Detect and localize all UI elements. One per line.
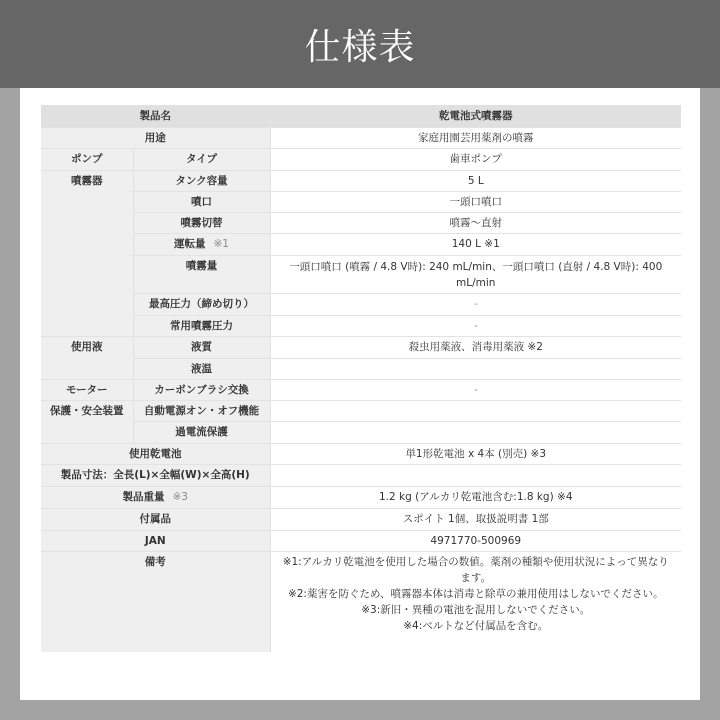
auto-power-label: 自動電源オン・オフ機能 xyxy=(133,400,270,421)
run-value: 140 L ※1 xyxy=(270,233,681,255)
notes-label: 備考 xyxy=(41,551,270,652)
accessories-value: スポイト 1個、取扱説明書 1部 xyxy=(270,508,681,530)
page-title: 仕様表 xyxy=(304,19,415,70)
motor-group-label: モーター xyxy=(41,379,133,400)
liquid-group-label: 使用液 xyxy=(41,336,133,379)
battery-value: 単1形乾電池 x 4本 (別売) ※3 xyxy=(270,443,681,464)
table-row: 保護・安全装置 自動電源オン・オフ機能 xyxy=(41,400,681,421)
note-4: ※4:ベルトなど付属品を含む。 xyxy=(281,618,672,634)
table-row: 製品寸法：全長(L)×全幅(W)×全高(H) xyxy=(41,464,681,486)
safety-group-label: 保護・安全装置 xyxy=(41,400,133,443)
run-label: 運転量※1 xyxy=(133,233,270,255)
liquid-temp-label: 液温 xyxy=(133,358,270,379)
run-mark: ※1 xyxy=(214,238,229,250)
jan-value: 4971770-500969 xyxy=(270,530,681,551)
note-1: ※1:アルカリ乾電池を使用した場合の数値。薬剤の種類や使用状況によって異なります… xyxy=(281,554,672,586)
weight-label: 製品重量※3 xyxy=(41,486,270,508)
table-row: 付属品 スポイト 1個、取扱説明書 1部 xyxy=(41,508,681,530)
tank-label: タンク容量 xyxy=(133,170,270,191)
table-row: ポンプ タイプ 歯車ポンプ xyxy=(41,148,681,170)
product-name-value: 乾電池式噴霧器 xyxy=(270,105,681,127)
usage-label: 用途 xyxy=(41,127,270,148)
overcurrent-label: 過電流保護 xyxy=(133,421,270,443)
nozzle-label: 噴口 xyxy=(133,191,270,212)
table-row: 常用噴霧圧力 - xyxy=(41,315,681,336)
usage-value: 家庭用園芸用薬剤の噴霧 xyxy=(270,127,681,148)
table-row: 用途 家庭用園芸用薬剤の噴霧 xyxy=(41,127,681,148)
tank-value: 5 L xyxy=(270,170,681,191)
max-pressure-value: - xyxy=(270,293,681,315)
jan-label: JAN xyxy=(41,530,270,551)
battery-label: 使用乾電池 xyxy=(41,443,270,464)
table-row: 運転量※1 140 L ※1 xyxy=(41,233,681,255)
sprayer-group-label: 噴霧器 xyxy=(41,170,133,336)
normal-pressure-value: - xyxy=(270,315,681,336)
spec-panel: 製品名 乾電池式噴霧器 用途 家庭用園芸用薬剤の噴霧 ポンプ タイプ 歯車ポンプ… xyxy=(20,88,700,700)
table-row: 液温 xyxy=(41,358,681,379)
table-row: 使用乾電池 単1形乾電池 x 4本 (別売) ※3 xyxy=(41,443,681,464)
liquid-temp-value xyxy=(270,358,681,379)
table-row: モーター カーボンブラシ交換 - xyxy=(41,379,681,400)
note-3: ※3:新旧・異種の電池を混用しないでください。 xyxy=(281,602,672,618)
liquid-quality-value: 殺虫用薬液、消毒用薬液 ※2 xyxy=(270,336,681,358)
table-row: 噴霧量 一頭口噴口 (噴霧 / 4.8 V時): 240 mL/min、一頭口噴… xyxy=(41,255,681,293)
nozzle-value: 一頭口噴口 xyxy=(270,191,681,212)
header-bar: 仕様表 xyxy=(0,0,720,88)
table-row: 製品名 乾電池式噴霧器 xyxy=(41,105,681,127)
table-row: 過電流保護 xyxy=(41,421,681,443)
liquid-quality-label: 液質 xyxy=(133,336,270,358)
accessories-label: 付属品 xyxy=(41,508,270,530)
product-name-label: 製品名 xyxy=(41,105,270,127)
switch-label: 噴霧切替 xyxy=(133,212,270,233)
overcurrent-value xyxy=(270,421,681,443)
weight-label-text: 製品重量 xyxy=(123,491,165,503)
weight-mark: ※3 xyxy=(173,491,188,503)
table-row: JAN 4971770-500969 xyxy=(41,530,681,551)
table-row: 備考 ※1:アルカリ乾電池を使用した場合の数値。薬剤の種類や使用状況によって異な… xyxy=(41,551,681,652)
size-value xyxy=(270,464,681,486)
pump-type-label: タイプ xyxy=(133,148,270,170)
notes-value: ※1:アルカリ乾電池を使用した場合の数値。薬剤の種類や使用状況によって異なります… xyxy=(270,551,681,652)
table-row: 製品重量※3 1.2 kg (アルカリ乾電池含む:1.8 kg) ※4 xyxy=(41,486,681,508)
spray-label: 噴霧量 xyxy=(133,255,270,293)
table-row: 噴口 一頭口噴口 xyxy=(41,191,681,212)
pump-type-value: 歯車ポンプ xyxy=(270,148,681,170)
normal-pressure-label: 常用噴霧圧力 xyxy=(133,315,270,336)
run-label-text: 運転量 xyxy=(174,238,206,250)
note-2: ※2:薬害を防ぐため、噴霧器本体は消毒と除草の兼用使用はしないでください。 xyxy=(281,586,672,602)
max-pressure-label: 最高圧力（締め切り） xyxy=(133,293,270,315)
table-row: 使用液 液質 殺虫用薬液、消毒用薬液 ※2 xyxy=(41,336,681,358)
table-row: 噴霧切替 噴霧～直射 xyxy=(41,212,681,233)
table-row: 最高圧力（締め切り） - xyxy=(41,293,681,315)
pump-group-label: ポンプ xyxy=(41,148,133,170)
size-label: 製品寸法：全長(L)×全幅(W)×全高(H) xyxy=(41,464,270,486)
table-row: 噴霧器 タンク容量 5 L xyxy=(41,170,681,191)
brush-label: カーボンブラシ交換 xyxy=(133,379,270,400)
brush-value: - xyxy=(270,379,681,400)
spec-table: 製品名 乾電池式噴霧器 用途 家庭用園芸用薬剤の噴霧 ポンプ タイプ 歯車ポンプ… xyxy=(41,105,681,652)
switch-value: 噴霧～直射 xyxy=(270,212,681,233)
weight-value: 1.2 kg (アルカリ乾電池含む:1.8 kg) ※4 xyxy=(270,486,681,508)
auto-power-value xyxy=(270,400,681,421)
spray-value: 一頭口噴口 (噴霧 / 4.8 V時): 240 mL/min、一頭口噴口 (直… xyxy=(270,255,681,293)
